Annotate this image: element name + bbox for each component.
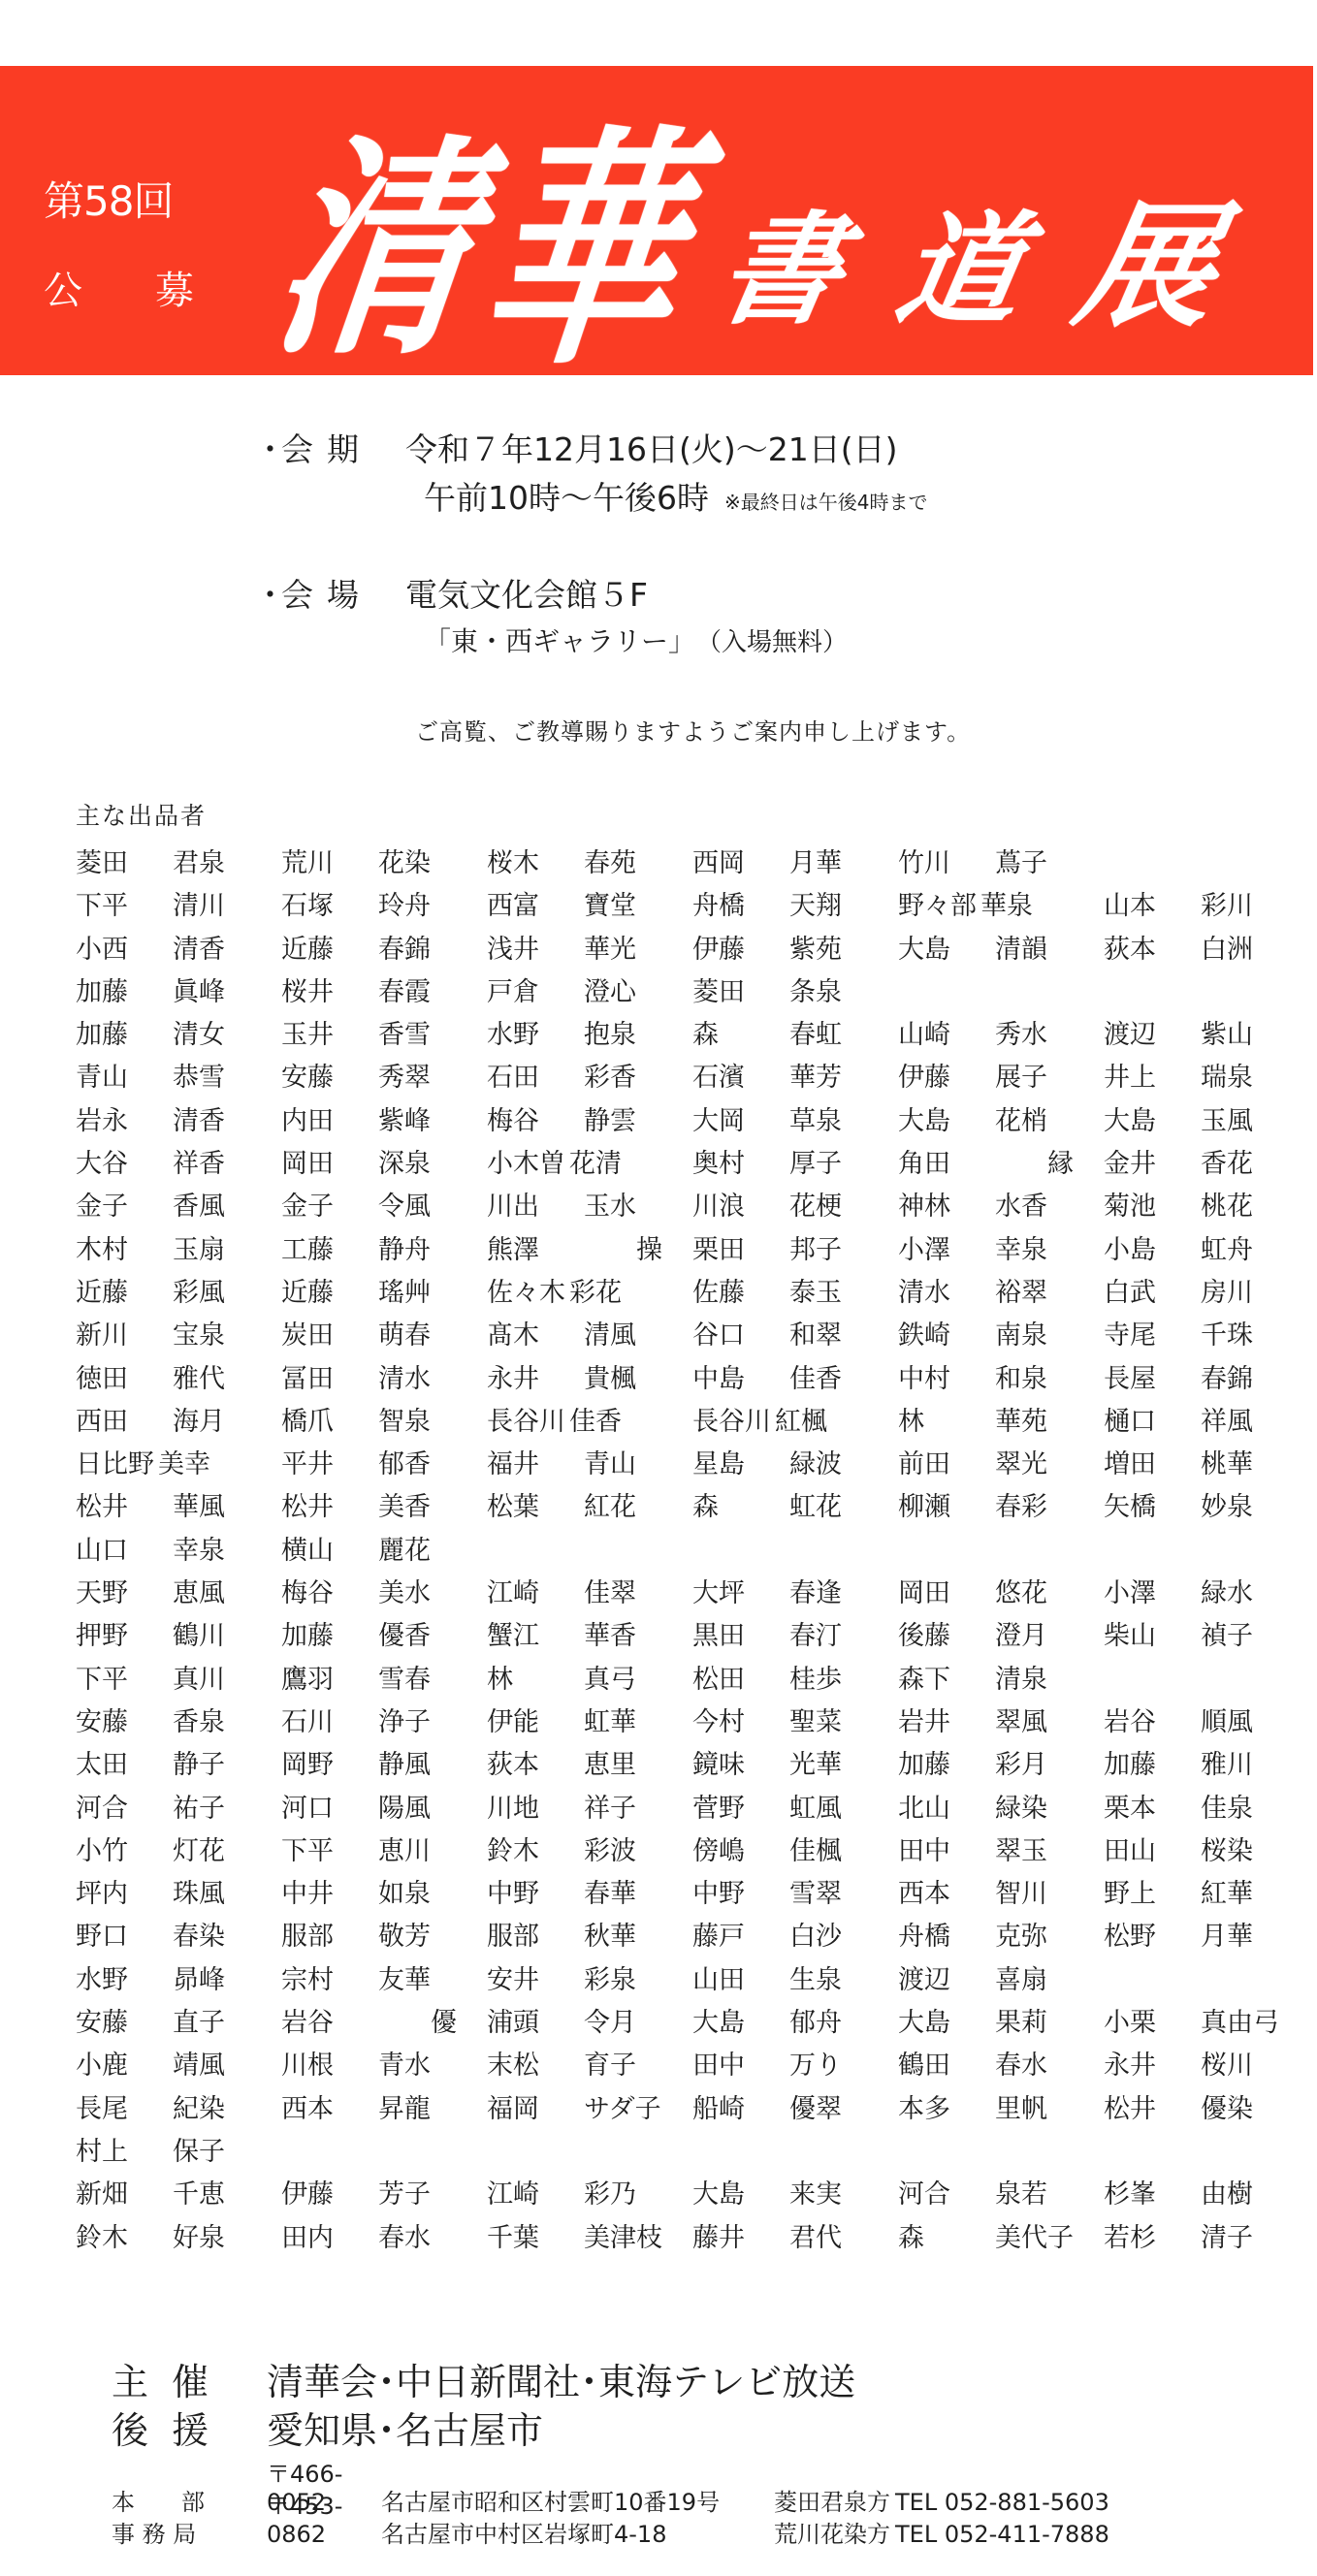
family-name: 河口 [281, 1787, 378, 1829]
exhibitor-name: 天野恵風 [76, 1572, 281, 1614]
exhibitor-name: 下平真川 [76, 1658, 281, 1701]
title-char-sho: 書 [707, 173, 917, 347]
exhibitor-name: 石川浄子 [281, 1701, 487, 1743]
exhibitor-name: 森春虹 [692, 1013, 898, 1056]
family-name: 長谷川 [692, 1400, 771, 1443]
exhibitor-name: 宗村友華 [281, 1958, 487, 2001]
exhibitor-name: 舟橋克弥 [898, 1915, 1104, 1957]
given-name: 優 [378, 2001, 457, 2044]
family-name: 石塚 [281, 884, 378, 927]
support-label: 後援 [112, 2401, 267, 2454]
family-name: 熊澤 [487, 1228, 584, 1271]
exhibitor-name: 井上瑞泉 [1104, 1056, 1309, 1098]
given-name: 雪翠 [789, 1872, 842, 1915]
family-name: 加藤 [76, 970, 173, 1013]
exhibitor-name: 小鹿靖風 [76, 2044, 281, 2086]
family-name: 谷口 [692, 1314, 789, 1356]
exhibitor-name: 福岡サダ子 [487, 2087, 692, 2130]
given-name: 幸泉 [173, 1529, 225, 1572]
given-name: 春錦 [378, 928, 431, 970]
given-name: 智川 [995, 1872, 1047, 1915]
venue-gallery-line: 「東・西ギャラリー」（入場無料） [424, 620, 848, 659]
given-name: 虹花 [789, 1485, 842, 1528]
exhibitor-name: 川出玉水 [487, 1185, 692, 1227]
exhibitor-name: 西富寶堂 [487, 884, 692, 927]
exhibitor-row: 小竹灯花下平恵川鈴木彩波傍嶋佳楓田中翠玉田山桜染 [76, 1829, 1317, 1872]
given-name: 彩川 [1201, 884, 1253, 927]
family-name: 梅谷 [281, 1572, 378, 1614]
exhibitor-name: 木村玉扇 [76, 1228, 281, 1271]
exhibitor-name: 岩永清香 [76, 1099, 281, 1142]
support-value: 愛知県･名古屋市 [267, 2409, 543, 2452]
given-name: 果莉 [995, 2001, 1047, 2044]
given-name: 清香 [173, 1099, 225, 1142]
exhibitor-name: 岡田悠花 [898, 1572, 1104, 1614]
family-name: 大島 [898, 1099, 995, 1142]
given-name: 蔦子 [995, 842, 1047, 884]
exhibitor-name: 藤戸白沙 [692, 1915, 898, 1957]
family-name: 安藤 [281, 1056, 378, 1098]
family-name: 鈴木 [487, 1829, 584, 1872]
exhibitor-name: 小西清香 [76, 928, 281, 970]
family-name: 水野 [487, 1013, 584, 1056]
exhibitor-name: 熊澤操 [487, 1228, 692, 1271]
family-name: 後藤 [898, 1614, 995, 1657]
exhibitor-name: 増田桃華 [1104, 1443, 1309, 1485]
given-name: 美代子 [995, 2216, 1074, 2259]
family-name: 若杉 [1104, 2216, 1201, 2259]
title-banner: 第58回 公 募 清 華 書 道 展 [0, 66, 1313, 375]
family-name: 井上 [1104, 1056, 1201, 1098]
family-name: 菅野 [692, 1787, 789, 1829]
support-line: 後援愛知県･名古屋市 [112, 2401, 543, 2454]
family-name: 中野 [692, 1872, 789, 1915]
family-name: 増田 [1104, 1443, 1201, 1485]
given-name: 美津枝 [584, 2216, 662, 2259]
exhibitor-row: 鈴木好泉田内春水千葉美津枝藤井君代森美代子若杉清子 [76, 2216, 1317, 2259]
given-name: 春彩 [995, 1485, 1047, 1528]
exhibitor-name: 後藤澄月 [898, 1614, 1104, 1657]
family-name: 林 [898, 1400, 995, 1443]
family-name: 長尾 [76, 2087, 173, 2130]
given-name: 展子 [995, 1056, 1047, 1098]
family-name: 森 [898, 2216, 995, 2259]
family-name: 渡辺 [898, 1958, 995, 2001]
family-name: 近藤 [281, 1271, 378, 1314]
family-name: 西田 [76, 1400, 173, 1443]
family-name: 栗本 [1104, 1787, 1201, 1829]
given-name: 祥香 [173, 1142, 225, 1185]
given-name: 緑水 [1201, 1572, 1253, 1614]
exhibitor-name: 押野鶴川 [76, 1614, 281, 1657]
exhibitor-name: 角田縁 [898, 1142, 1104, 1185]
family-name: 長屋 [1104, 1357, 1201, 1400]
family-name: 野口 [76, 1915, 173, 1957]
family-name: 戸倉 [487, 970, 584, 1013]
family-name: 炭田 [281, 1314, 378, 1356]
exhibitor-row: 坪内珠風中井如泉中野春華中野雪翠西本智川野上紅華 [76, 1872, 1317, 1915]
exhibitor-name: 山崎秀水 [898, 1013, 1104, 1056]
exhibitor-name: 菱田君泉 [76, 842, 281, 884]
exhibitor-row: 大谷祥香岡田深泉小木曽花清奥村厚子角田縁金井香花 [76, 1142, 1317, 1185]
family-name: 菊池 [1104, 1185, 1201, 1227]
family-name: 近藤 [281, 928, 378, 970]
exhibitor-name: 荻本恵里 [487, 1743, 692, 1786]
exhibitor-name: 長屋春錦 [1104, 1357, 1309, 1400]
given-name: 秋華 [584, 1915, 636, 1957]
family-name: 鉄崎 [898, 1314, 995, 1356]
exhibitor-name: 白武房川 [1104, 1271, 1309, 1314]
exhibitor-name: 栗本佳泉 [1104, 1787, 1309, 1829]
exhibitor-name: 徳田雅代 [76, 1357, 281, 1400]
given-name: 雅代 [173, 1357, 225, 1400]
exhibitor-name: 炭田萌春 [281, 1314, 487, 1356]
given-name: 瑞泉 [1201, 1056, 1253, 1098]
given-name: 雅川 [1201, 1743, 1253, 1786]
family-name: 山口 [76, 1529, 173, 1572]
given-name: 香泉 [173, 1701, 225, 1743]
exhibitor-name: 西田海月 [76, 1400, 281, 1443]
given-name: 佳泉 [1201, 1787, 1253, 1829]
family-name: 小竹 [76, 1829, 173, 1872]
given-name: 彩泉 [584, 1958, 636, 2001]
family-name: 蟹江 [487, 1614, 584, 1657]
given-name: 佳楓 [789, 1829, 842, 1872]
exhibitor-name: 服部秋華 [487, 1915, 692, 1957]
exhibitor-name: 星島緑波 [692, 1443, 898, 1485]
exhibitor-name: 服部敬芳 [281, 1915, 487, 1957]
family-name: 玉井 [281, 1013, 378, 1056]
family-name: 林 [487, 1658, 584, 1701]
family-name: 永井 [1104, 2044, 1201, 2086]
exhibitor-name: 安藤直子 [76, 2001, 281, 2044]
exhibitor-name: 松野月華 [1104, 1915, 1309, 1957]
family-name: 坪内 [76, 1872, 173, 1915]
organizer-line: 主催清華会･中日新聞社･東海テレビ放送 [112, 2352, 855, 2405]
exhibitor-name: 長尾紀染 [76, 2087, 281, 2130]
family-name: 菱田 [692, 970, 789, 1013]
family-name: 佐藤 [692, 1271, 789, 1314]
given-name: 郁香 [378, 1443, 431, 1485]
family-name: 神林 [898, 1185, 995, 1227]
given-name: 静舟 [378, 1228, 431, 1271]
given-name: 花清 [569, 1142, 622, 1185]
exhibitor-name: 渡辺紫山 [1104, 1013, 1309, 1056]
given-name: 彩波 [584, 1829, 636, 1872]
family-name: 天野 [76, 1572, 173, 1614]
exhibitor-name: 北山緑染 [898, 1787, 1104, 1829]
title-char-dou: 道 [886, 173, 1097, 347]
given-name: 玲舟 [378, 884, 431, 927]
family-name: 近藤 [76, 1271, 173, 1314]
given-name: 恭雪 [173, 1056, 225, 1098]
given-name: 紅楓 [775, 1400, 827, 1443]
family-name: 荻本 [1104, 928, 1201, 970]
exhibitor-name: 大島果莉 [898, 2001, 1104, 2044]
exhibitor-name: 鶴田春水 [898, 2044, 1104, 2086]
given-name: 真弓 [584, 1658, 636, 1701]
family-name: 中島 [692, 1357, 789, 1400]
family-name: 下平 [76, 884, 173, 927]
family-name: 江崎 [487, 1572, 584, 1614]
family-name: 中野 [487, 1872, 584, 1915]
exhibitor-name: 野上紅華 [1104, 1872, 1309, 1915]
family-name: 田中 [692, 2044, 789, 2086]
exhibitor-name: 岡野静風 [281, 1743, 487, 1786]
family-name: 岩谷 [1104, 1701, 1201, 1743]
exhibitor-name: 中野春華 [487, 1872, 692, 1915]
given-name: 貴楓 [584, 1357, 636, 1400]
given-name: 海月 [173, 1400, 225, 1443]
family-name: 森下 [898, 1658, 995, 1701]
family-name: 大島 [898, 928, 995, 970]
exhibitor-name: 長谷川佳香 [487, 1400, 692, 1443]
exhibitor-name: 舟橋天翔 [692, 884, 898, 927]
family-name: 中井 [281, 1872, 378, 1915]
family-name: 西岡 [692, 842, 789, 884]
exhibitor-name: 浅井華光 [487, 928, 692, 970]
family-name: 柴山 [1104, 1614, 1201, 1657]
exhibitor-name: 髙木清風 [487, 1314, 692, 1356]
exhibitor-row: 長尾紀染西本昇龍福岡サダ子船崎優翠本多里帆松井優染 [76, 2087, 1317, 2130]
given-name: 厚子 [789, 1142, 842, 1185]
exhibitor-name: 安藤香泉 [76, 1701, 281, 1743]
family-name: 太田 [76, 1743, 173, 1786]
exhibitor-name: 永井貴楓 [487, 1357, 692, 1400]
given-name: 裕翠 [995, 1271, 1047, 1314]
family-name: 川出 [487, 1185, 584, 1227]
exhibitor-name: 森虹花 [692, 1485, 898, 1528]
exhibitor-name: 加藤眞峰 [76, 970, 281, 1013]
organizer-value: 清華会･中日新聞社･東海テレビ放送 [267, 2361, 855, 2403]
exhibitor-name: 西岡月華 [692, 842, 898, 884]
given-name: 春霞 [378, 970, 431, 1013]
family-name: 石川 [281, 1701, 378, 1743]
given-name: 香雪 [378, 1013, 431, 1056]
family-name: 松田 [692, 1658, 789, 1701]
family-name: 下平 [76, 1658, 173, 1701]
exhibitor-name: 大岡草泉 [692, 1099, 898, 1142]
family-name: 大岡 [692, 1099, 789, 1142]
exhibitor-name: 中井如泉 [281, 1872, 487, 1915]
exhibitor-name: 工藤静舟 [281, 1228, 487, 1271]
given-name: 南泉 [995, 1314, 1047, 1356]
exhibitor-name: 福井青山 [487, 1443, 692, 1485]
open-call-label: 公 募 [44, 260, 194, 315]
family-name: 髙木 [487, 1314, 584, 1356]
exhibitor-name: 柳瀬春彩 [898, 1485, 1104, 1528]
family-name: 田内 [281, 2216, 378, 2259]
family-name: 小木曽 [487, 1142, 565, 1185]
family-name: 岩谷 [281, 2001, 378, 2044]
exhibitor-name: 日比野美幸 [76, 1443, 281, 1485]
family-name: 永井 [487, 1357, 584, 1400]
family-name: 小栗 [1104, 2001, 1201, 2044]
given-name: 紀染 [173, 2087, 225, 2130]
exhibitor-row: 安藤直子岩谷優浦頭令月大島郁舟大島果莉小栗真由弓 [76, 2001, 1317, 2044]
given-name: 紫苑 [789, 928, 842, 970]
exhibitor-name: 岡田深泉 [281, 1142, 487, 1185]
given-name: 月華 [1201, 1915, 1253, 1957]
exhibitor-name: 千葉美津枝 [487, 2216, 692, 2259]
given-name: 静風 [378, 1743, 431, 1786]
family-name: 藤井 [692, 2216, 789, 2259]
exhibitor-list: 菱田君泉荒川花染桜木春苑西岡月華竹川蔦子下平清川石塚玲舟西富寶堂舟橋天翔野々部華… [76, 842, 1317, 2259]
exhibitor-name: 今村聖菜 [692, 1701, 898, 1743]
exhibitor-name: 梅谷美水 [281, 1572, 487, 1614]
family-name: 野上 [1104, 1872, 1201, 1915]
given-name: 澄月 [995, 1614, 1047, 1657]
given-name: 芳子 [378, 2173, 431, 2215]
family-name: 荻本 [487, 1743, 584, 1786]
exhibitor-name: 金子令風 [281, 1185, 487, 1227]
given-name: 雪春 [378, 1658, 431, 1701]
family-name: 岩永 [76, 1099, 173, 1142]
given-name: 祐子 [173, 1787, 225, 1829]
family-name: 水野 [76, 1958, 173, 2001]
exhibitor-name: 大島花梢 [898, 1099, 1104, 1142]
exhibitor-name: 小竹灯花 [76, 1829, 281, 1872]
family-name: 金子 [281, 1185, 378, 1227]
exhibitor-name: 小島虹舟 [1104, 1228, 1309, 1271]
given-name: 光華 [789, 1743, 842, 1786]
family-name: 山田 [692, 1958, 789, 2001]
exhibitor-name: 青山恭雪 [76, 1056, 281, 1098]
phone-number: TEL 052-411-7888 [895, 2521, 1109, 2548]
family-name: 岡野 [281, 1743, 378, 1786]
exhibitor-name: 小澤緑水 [1104, 1572, 1309, 1614]
given-name: 紅華 [1201, 1872, 1253, 1915]
venue-admission: （入場無料） [709, 628, 848, 657]
family-name: 木村 [76, 1228, 173, 1271]
exhibitor-name: 長谷川紅楓 [692, 1400, 898, 1443]
exhibitor-row: 下平真川鷹羽雪春林真弓松田桂歩森下清泉 [76, 1658, 1317, 1701]
given-name: 直子 [173, 2001, 225, 2044]
given-name: 抱泉 [584, 1013, 636, 1056]
given-name: 花梢 [995, 1099, 1047, 1142]
exhibitor-row: 小鹿靖風川根青水末松育子田中万り鶴田春水永井桜川 [76, 2044, 1317, 2086]
given-name: 香風 [173, 1185, 225, 1227]
exhibitor-name: 岩谷優 [281, 2001, 487, 2044]
exhibitor-name: 石濱華芳 [692, 1056, 898, 1098]
exhibitor-name: 坪内珠風 [76, 1872, 281, 1915]
family-name: 伊藤 [281, 2173, 378, 2215]
family-name: 伊能 [487, 1701, 584, 1743]
family-name: 清水 [898, 1271, 995, 1314]
family-name: 金子 [76, 1185, 173, 1227]
family-name: 松井 [281, 1485, 378, 1528]
exhibitor-name: 下平恵川 [281, 1829, 487, 1872]
exhibitor-row: 新畑千恵伊藤芳子江崎彩乃大島来実河合泉若杉峯由樹 [76, 2173, 1317, 2215]
venue-gallery: 「東・西ギャラリー」 [424, 625, 695, 657]
family-name: 加藤 [898, 1743, 995, 1786]
family-name: 浦頭 [487, 2001, 584, 2044]
given-name: 里帆 [995, 2087, 1047, 2130]
exhibitor-name: 桜木春苑 [487, 842, 692, 884]
given-name: 育子 [584, 2044, 636, 2086]
given-name: 白沙 [789, 1915, 842, 1957]
exhibitor-name: 岩井翠風 [898, 1701, 1104, 1743]
given-name: 清水 [378, 1357, 431, 1400]
family-name: 寺尾 [1104, 1314, 1201, 1356]
exhibitor-name: 玉井香雪 [281, 1013, 487, 1056]
exhibitor-name: 前田翠光 [898, 1443, 1104, 1485]
exhibitor-name: 横山麗花 [281, 1529, 487, 1572]
family-name: 伊藤 [692, 928, 789, 970]
given-name: 香花 [1201, 1142, 1253, 1185]
exhibitor-name: 水野昴峰 [76, 1958, 281, 2001]
given-name: 翠玉 [995, 1829, 1047, 1872]
family-name: 川地 [487, 1787, 584, 1829]
family-name: 中村 [898, 1357, 995, 1400]
office-line-secretariat: 事 務 局〒453-0862名古屋市中村区岩塚町4-18荒川花染方TEL 052… [112, 2487, 1109, 2549]
exhibitor-row: 小西清香近藤春錦浅井華光伊藤紫苑大島清韻荻本白洲 [76, 928, 1317, 970]
family-name: 小澤 [898, 1228, 995, 1271]
family-name: 青山 [76, 1056, 173, 1098]
exhibitor-row: 青山恭雪安藤秀翠石田彩香石濱華芳伊藤展子井上瑞泉 [76, 1056, 1317, 1098]
given-name: 玉扇 [173, 1228, 225, 1271]
exhibitor-name: 清水裕翠 [898, 1271, 1104, 1314]
exhibitor-name: 加藤優香 [281, 1614, 487, 1657]
given-name: 祥風 [1201, 1400, 1253, 1443]
family-name: 安藤 [76, 2001, 173, 2044]
exhibitor-name: 桜井春霞 [281, 970, 487, 1013]
given-name: 桃華 [1201, 1443, 1253, 1485]
schedule-hours-line: 午前10時～午後6時※最終日は午後4時まで [424, 473, 927, 519]
family-name: 大島 [1104, 1099, 1201, 1142]
venue-label: 会場 [281, 570, 405, 616]
family-name: 大島 [898, 2001, 995, 2044]
exhibitor-name: 下平清川 [76, 884, 281, 927]
family-name: 舟橋 [898, 1915, 995, 1957]
exhibitor-name: 橋爪智泉 [281, 1400, 487, 1443]
given-name: 青水 [378, 2044, 431, 2086]
given-name: 保子 [173, 2130, 225, 2173]
exhibitor-name: 伊藤芳子 [281, 2173, 487, 2215]
given-name: 邦子 [789, 1228, 842, 1271]
exhibitor-row: 西田海月橋爪智泉長谷川佳香長谷川紅楓林華苑樋口祥風 [76, 1400, 1317, 1443]
given-name: 秀水 [995, 1013, 1047, 1056]
exhibitor-name: 中野雪翠 [692, 1872, 898, 1915]
exhibitor-name: 田中万り [692, 2044, 898, 2086]
given-name: 眞峰 [173, 970, 225, 1013]
family-name: 今村 [692, 1701, 789, 1743]
given-name: 清香 [173, 928, 225, 970]
given-name: 草泉 [789, 1099, 842, 1142]
family-name: 森 [692, 1013, 789, 1056]
given-name: 千恵 [173, 2173, 225, 2215]
exhibitor-name: 菱田条泉 [692, 970, 898, 1013]
given-name: 昇龍 [378, 2087, 431, 2130]
family-name: 橋爪 [281, 1400, 378, 1443]
family-name: 鶴田 [898, 2044, 995, 2086]
exhibitor-name: 小澤幸泉 [898, 1228, 1104, 1271]
given-name: 萌春 [378, 1314, 431, 1356]
family-name: 柳瀬 [898, 1485, 995, 1528]
exhibitor-name: 鷹羽雪春 [281, 1658, 487, 1701]
given-name: 佳香 [789, 1357, 842, 1400]
given-name: 清川 [173, 884, 225, 927]
calligraphy-title: 清 華 書 道 展 [281, 105, 1237, 357]
given-name: 智泉 [378, 1400, 431, 1443]
given-name: 真川 [173, 1658, 225, 1701]
exhibitor-name: 森下清泉 [898, 1658, 1104, 1701]
given-name: 美幸 [158, 1443, 210, 1485]
given-name: 佳香 [569, 1400, 622, 1443]
exhibitor-name: 末松育子 [487, 2044, 692, 2086]
given-name: 宝泉 [173, 1314, 225, 1356]
family-name: 末松 [487, 2044, 584, 2086]
